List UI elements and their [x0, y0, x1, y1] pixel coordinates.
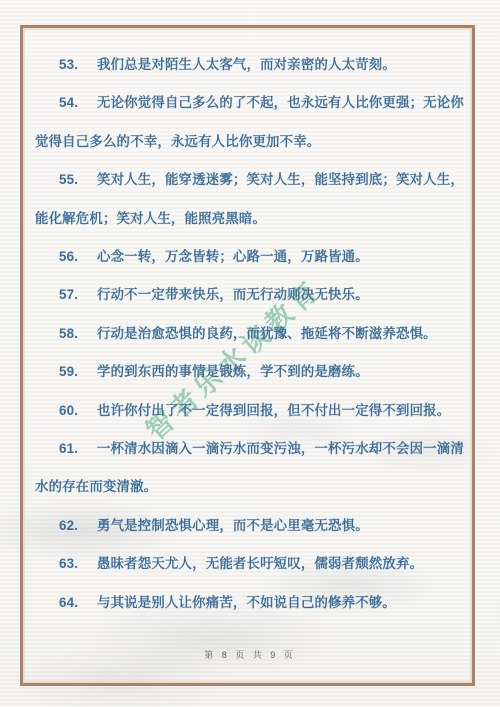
quote-line: 勇气是控制恐惧心理，而不是心里毫无恐惧。	[97, 518, 369, 533]
quote-item: 53.我们总是对陌生人太客气，而对亲密的人太苛刻。	[35, 46, 465, 84]
quote-line: 我们总是对陌生人太客气，而对亲密的人太苛刻。	[97, 57, 396, 72]
quote-line: 无论你觉得自己多么的了不起，也永远有人比你更强；无论你	[97, 95, 464, 110]
quote-item: 62.勇气是控制恐惧心理，而不是心里毫无恐惧。	[35, 507, 465, 545]
quote-item: 63.愚昧者怨天尤人，无能者长吁短叹，儒弱者颓然放弃。	[35, 545, 465, 583]
quote-item: 56.心念一转，万念皆转；心路一通，万路皆通。	[35, 238, 465, 276]
quote-number: 64.	[59, 584, 81, 622]
quote-item: 54.无论你觉得自己多么的了不起，也永远有人比你更强；无论你觉得自己多么的不幸，…	[35, 84, 465, 161]
quote-item: 55.笑对人生，能穿透迷雾；笑对人生，能坚持到底；笑对人生，能化解危机；笑对人生…	[35, 161, 465, 238]
quote-number: 58.	[59, 315, 81, 353]
quote-number: 62.	[59, 507, 81, 545]
quote-number: 57.	[59, 276, 81, 314]
quotes-list: 53.我们总是对陌生人太客气，而对亲密的人太苛刻。54.无论你觉得自己多么的了不…	[35, 46, 465, 622]
quote-line: 也许你付出了不一定得到回报，但不付出一定得不到回报。	[97, 403, 450, 418]
quote-line: 能化解危机；笑对人生，能照亮黑暗。	[35, 211, 266, 226]
quote-item: 64.与其说是别人让你痛苦，不如说自己的修养不够。	[35, 584, 465, 622]
quote-line: 行动不一定带来快乐，而无行动则决无快乐。	[97, 287, 369, 302]
quote-number: 63.	[59, 545, 81, 583]
quote-line: 愚昧者怨天尤人，无能者长吁短叹，儒弱者颓然放弃。	[97, 556, 423, 571]
quote-line: 觉得自己多么的不幸，永远有人比你更加不幸。	[35, 134, 320, 149]
quote-line: 笑对人生，能穿透迷雾；笑对人生，能坚持到底；笑对人生，	[97, 172, 464, 187]
quote-number: 53.	[59, 46, 81, 84]
quote-line: 心念一转，万念皆转；心路一通，万路皆通。	[97, 249, 369, 264]
quote-number: 59.	[59, 353, 81, 391]
quote-line: 行动是治愈恐惧的良药，而犹豫、拖延将不断滋养恐惧。	[97, 326, 437, 341]
quote-item: 59.学的到东西的事情是锻炼，学不到的是磨练。	[35, 353, 465, 391]
quote-number: 60.	[59, 392, 81, 430]
quote-line: 与其说是别人让你痛苦，不如说自己的修养不够。	[97, 595, 396, 610]
quote-item: 61.一杯清水因滴入一滴污水而变污浊，一杯污水却不会因一滴清水的存在而变清澈。	[35, 430, 465, 507]
quote-line: 一杯清水因滴入一滴污水而变污浊，一杯污水却不会因一滴清	[97, 441, 464, 456]
quote-number: 61.	[59, 430, 81, 468]
quote-line: 水的存在而变清澈。	[35, 479, 157, 494]
page-number-footer: 第 8 页 共 9 页	[0, 648, 500, 661]
quote-number: 56.	[59, 238, 81, 276]
quote-number: 55.	[59, 161, 81, 199]
quote-number: 54.	[59, 84, 81, 122]
quote-item: 58.行动是治愈恐惧的良药，而犹豫、拖延将不断滋养恐惧。	[35, 315, 465, 353]
quote-item: 60.也许你付出了不一定得到回报，但不付出一定得不到回报。	[35, 392, 465, 430]
quote-item: 57.行动不一定带来快乐，而无行动则决无快乐。	[35, 276, 465, 314]
quote-line: 学的到东西的事情是锻炼，学不到的是磨练。	[97, 364, 369, 379]
